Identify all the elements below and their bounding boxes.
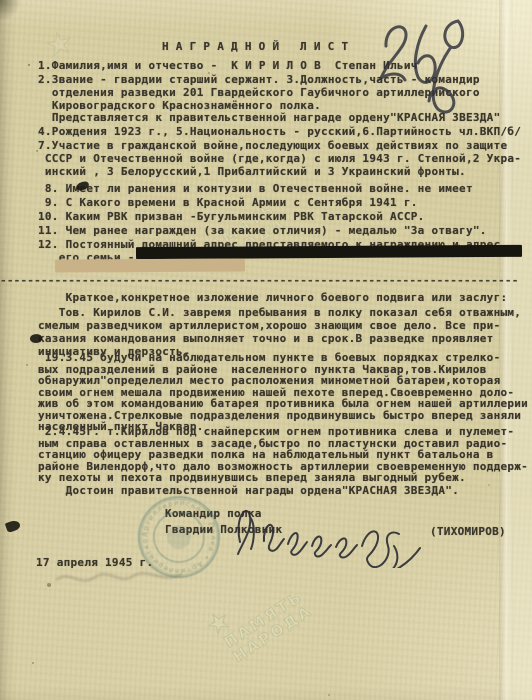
watermark-star-icon: ★ <box>43 28 76 63</box>
signature-title-line2: Гвардии Полковник <box>165 523 282 536</box>
citation-paragraph-2: 19.3.45 будучи на наблюдательном пункте … <box>38 352 528 433</box>
watermark-star-icon: ★ <box>202 566 297 641</box>
citation-paragraph-3: 2.4.45г. т.Кирилов под снайперским огнем… <box>38 426 528 484</box>
dashed-separator: ----------------------------------------… <box>0 274 519 287</box>
form-item-army-since: 9. С Какого времени в Красной Армии с Се… <box>38 196 418 209</box>
form-item-name: 1.Фамилия,имя и отчество - К И Р И Л О В… <box>38 59 418 72</box>
form-award-presented-line: Представляется к правительственной награ… <box>38 111 500 124</box>
form-item-previous-awards: 11. Чем ранее награжден (за какие отличи… <box>38 224 487 237</box>
redaction-patch-tan <box>55 258 245 272</box>
watermark-text: ПАМЯТЬ <box>221 588 306 652</box>
paper-specks <box>28 64 30 66</box>
archive-watermark-bottom: ★ ПАМЯТЬ НАРОДА <box>207 566 316 666</box>
watermark-text: НАРОДА <box>230 602 315 666</box>
citation-verdict: Достоин правительственной награды ордена… <box>38 484 459 497</box>
scanned-award-document: ★ ПАМЯТЬ НАРОДА Н А Г Р А Д Н О Й Л И С … <box>0 0 532 700</box>
signature-title-line1: Командир полка <box>165 507 262 520</box>
ink-blot <box>5 519 22 533</box>
form-item-rank-position: 2.Звание - гвардии старший сержант. 3.До… <box>38 73 480 112</box>
document-title: Н А Г Р А Д Н О Й Л И С Т <box>162 40 348 53</box>
form-item-birth-nationality-party: 4.Рождения 1923 г., 5.Национальность - р… <box>38 125 521 138</box>
document-date: 17 апреля 1945 г. <box>36 556 153 569</box>
paper-corner-shadow <box>0 0 26 26</box>
citation-heading: Краткое,конкретное изложение личного бое… <box>38 291 507 304</box>
redaction-bar-black <box>136 245 522 259</box>
form-item-wounds: 8. Имеет ли ранения и контузии в Отечест… <box>38 182 473 195</box>
form-item-drafted-by: 10. Каким РВК призван -Бугульминским РВК… <box>38 210 425 223</box>
form-item-war-participation: 7.Участие в гражданской войне,последующи… <box>38 139 521 178</box>
signature-surname: (ТИХОМИРОВ) <box>430 525 506 538</box>
